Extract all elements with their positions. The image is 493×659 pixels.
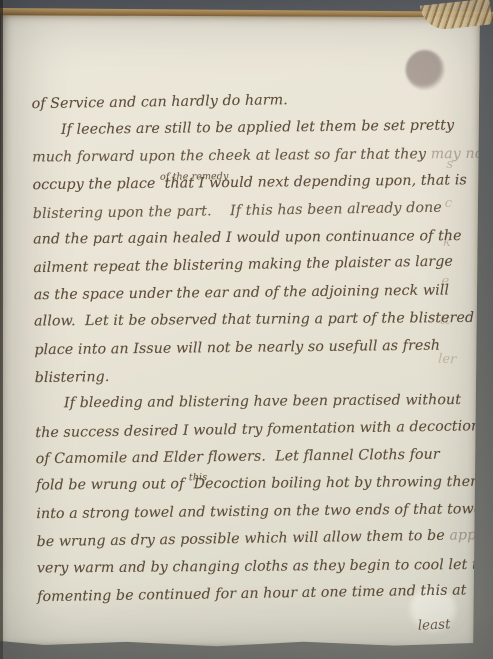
catchword: least <box>417 616 450 633</box>
manuscript-text: of Service and can hardly do harm.If lee… <box>31 85 479 610</box>
manuscript-page: sckettler of Service and can hardly do h… <box>0 14 480 649</box>
manuscript-line: allow. Let it be observed that turning a… <box>34 305 476 336</box>
photo-background: sckettler of Service and can hardly do h… <box>0 0 493 659</box>
manuscript-line: much forward upon the cheek at least so … <box>32 141 474 172</box>
binding-gutter-shadow <box>0 0 3 659</box>
manuscript-line: If leeches are still to be applied let t… <box>32 113 474 145</box>
manuscript-line: fold be wrung out of this Decoction boil… <box>36 469 478 500</box>
